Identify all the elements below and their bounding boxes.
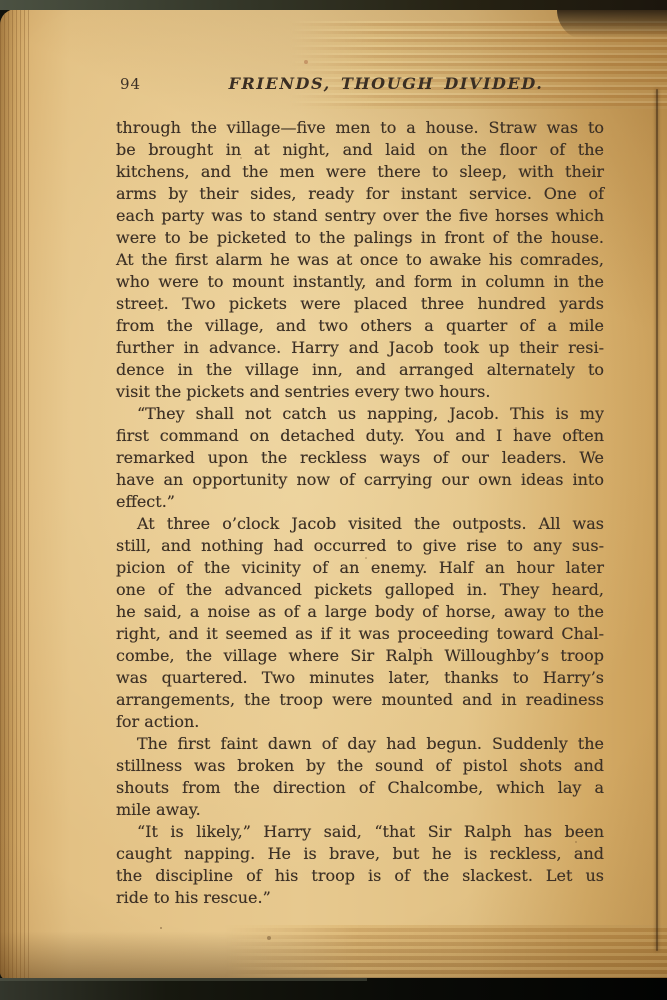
text-line: dence in the village inn, and arranged a…: [116, 359, 604, 381]
text-line: kitchens, and the men were there to slee…: [116, 161, 604, 183]
paragraph: The first faint dawn of day had begun. S…: [116, 733, 604, 821]
text-line: arrangements, the troop were mounted and…: [116, 689, 604, 711]
text-line: shouts from the direction of Chalcombe, …: [116, 777, 604, 799]
scan-glare-bottom: [225, 925, 667, 977]
text-line: be brought in at night, and laid on the …: [116, 139, 604, 161]
text-line: he said, a noise as of a large body of h…: [116, 601, 604, 623]
text-line: was quartered. Two minutes later, thanks…: [116, 667, 604, 689]
page-crease-right: [656, 89, 658, 951]
paragraph: “It is likely,” Harry said, “that Sir Ra…: [116, 821, 604, 909]
text-line: street. Two pickets were placed three hu…: [116, 293, 604, 315]
text-line: The first faint dawn of day had begun. S…: [116, 733, 604, 755]
book-cover-bottom-edge: [0, 978, 667, 1000]
page-number: 94: [120, 75, 141, 93]
text-line: who were to mount instantly, and form in…: [116, 271, 604, 293]
text-line: stillness was broken by the sound of pis…: [116, 755, 604, 777]
scanned-book-page-photo: 94 FRIENDS, THOUGH DIVIDED. through the …: [0, 0, 667, 1000]
text-line: were to be picketed to the palings in fr…: [116, 227, 604, 249]
book-cover-top-edge: [0, 0, 667, 10]
page-header: 94 FRIENDS, THOUGH DIVIDED.: [116, 72, 604, 96]
text-line: effect.”: [116, 491, 604, 513]
text-line: mile away.: [116, 799, 604, 821]
text-line: further in advance. Harry and Jacob took…: [116, 337, 604, 359]
text-line: each party was to stand sentry over the …: [116, 205, 604, 227]
page-edge-stack-left: [0, 9, 30, 980]
text-line: picion of the vicinity of an enemy. Half…: [116, 557, 604, 579]
paragraph: through the village—five men to a house.…: [116, 117, 604, 403]
text-line: first command on detached duty. You and …: [116, 425, 604, 447]
paragraph: At three o’clock Jacob visited the outpo…: [116, 513, 604, 733]
text-line: “They shall not catch us napping, Jacob.…: [116, 403, 604, 425]
book-page: 94 FRIENDS, THOUGH DIVIDED. through the …: [0, 9, 667, 980]
paragraph: “They shall not catch us napping, Jacob.…: [116, 403, 604, 513]
text-line: have an opportunity now of carrying our …: [116, 469, 604, 491]
text-line: remarked upon the reckless ways of our l…: [116, 447, 604, 469]
text-line: caught napping. He is brave, but he is r…: [116, 843, 604, 865]
text-line: the discipline of his troop is of the sl…: [116, 865, 604, 887]
text-line: visit the pickets and sentries every two…: [116, 381, 604, 403]
text-line: right, and it seemed as if it was procee…: [116, 623, 604, 645]
text-line: At the first alarm he was at once to awa…: [116, 249, 604, 271]
text-line: from the village, and two others a quart…: [116, 315, 604, 337]
text-line: ride to his rescue.”: [116, 887, 604, 909]
running-title: FRIENDS, THOUGH DIVIDED.: [229, 74, 544, 93]
text-line: combe, the village where Sir Ralph Willo…: [116, 645, 604, 667]
text-line: still, and nothing had occurred to give …: [116, 535, 604, 557]
text-line: At three o’clock Jacob visited the outpo…: [116, 513, 604, 535]
text-line: “It is likely,” Harry said, “that Sir Ra…: [116, 821, 604, 843]
text-line: arms by their sides, ready for instant s…: [116, 183, 604, 205]
page-body-text: through the village—five men to a house.…: [116, 117, 604, 909]
text-line: through the village—five men to a house.…: [116, 117, 604, 139]
text-line: one of the advanced pickets galloped in.…: [116, 579, 604, 601]
text-line: for action.: [116, 711, 604, 733]
